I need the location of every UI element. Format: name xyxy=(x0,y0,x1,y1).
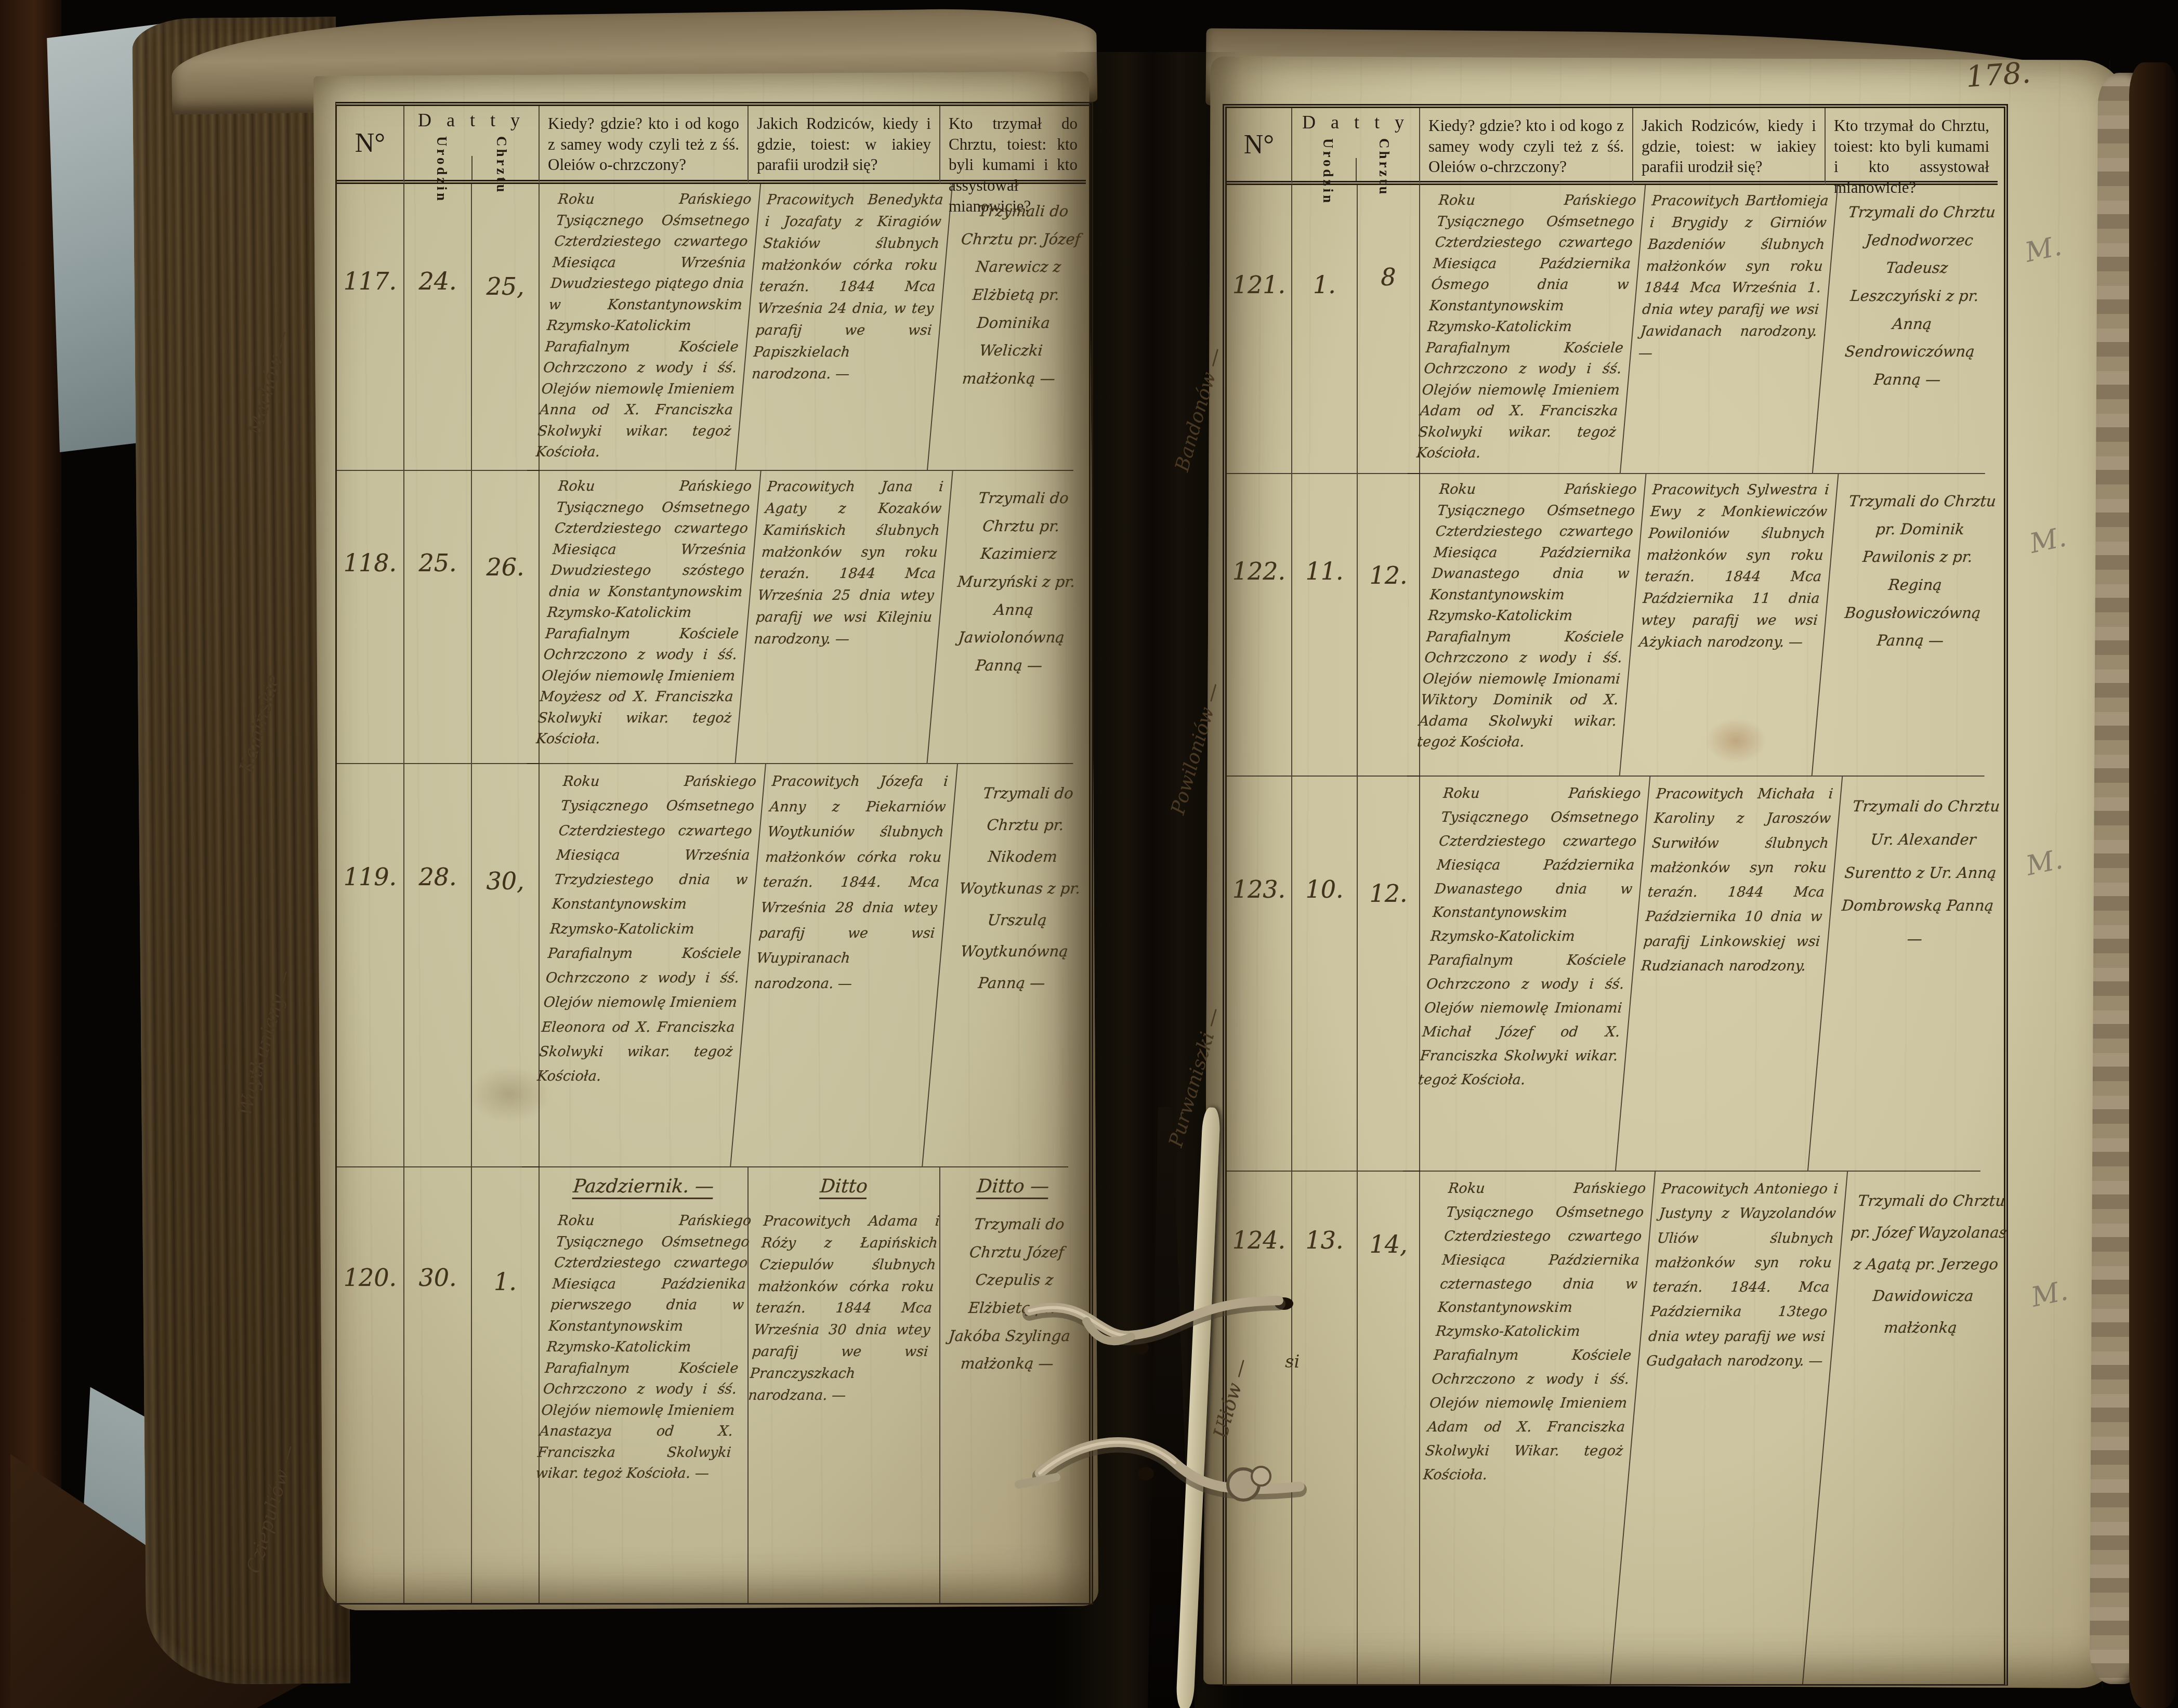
entry-parents-text: Pracowitych Sylwestra i Ewy z Monkiewicz… xyxy=(1620,474,1839,777)
binding-hole xyxy=(1137,1467,1154,1480)
entry-no: 118. xyxy=(337,471,404,764)
entry-baptism-cell: Pazdziernik. — Roku Pańskiego Tysiączneg… xyxy=(540,1167,749,1603)
book-scan: 178. N° D a t t y Urodzin Chrztu Kiedy? … xyxy=(0,0,2178,1708)
right-cover-board xyxy=(2129,62,2178,1708)
entry-baptism-text: Roku Pańskiego Tysiącznego Ośmsetnego Cz… xyxy=(527,471,761,764)
entry-parents-text: Pracowitych Jana i Agaty z Kozaków Kamiń… xyxy=(736,471,953,764)
entry-godparents-text: Trzymali do Chrztu pr. Kazimierz Murzyńs… xyxy=(927,471,1098,764)
page-number: 178. xyxy=(1965,56,2032,95)
entry-godparents-text: Trzymali do Chrztu pr. Józef Narewicz z … xyxy=(928,184,1098,471)
binding-hole xyxy=(1275,1297,1293,1310)
entry-godparents-text: Trzymali do Chrztu Ur. Alexander Surentt… xyxy=(1808,777,2015,1172)
header-parents: Jakich Rodziców, kiedy i gdzie, toiest: … xyxy=(1633,108,1826,185)
binding-hole xyxy=(1131,1341,1149,1355)
entry-no: 123. xyxy=(1227,777,1292,1172)
header-baptism: Kiedy? gdzie? kto i od kogo z samey wody… xyxy=(1420,108,1633,185)
entry-birth-day: 24. xyxy=(404,184,472,471)
header-date-divider xyxy=(471,156,473,180)
header-dates: D a t t y Urodzin Chrztu xyxy=(404,106,540,184)
entry-baptism-text: Roku Pańskiego Tysiącznego Ośmsetnego Cz… xyxy=(522,764,766,1167)
entry-baptism-day: 25, xyxy=(472,184,540,471)
entry-no: 121. xyxy=(1227,185,1292,474)
entry-birth-day: 10. xyxy=(1292,777,1358,1172)
entry-birth-day: 28. xyxy=(404,764,472,1167)
entry-baptism-text: Roku Pańskiego Tysiącznego Ośmsetnego Cz… xyxy=(535,1211,752,1484)
entry-baptism-text: Roku Pańskiego Tysiącznego Ośmsetnego Cz… xyxy=(1407,474,1647,777)
entry-baptism-text: Roku Pańskiego Tysiącznego Ośmsetnego Cz… xyxy=(1398,1172,1656,1684)
entry-godparents-text: Trzymali do Chrztu Józef Czepulis z Elżb… xyxy=(940,1211,1086,1378)
header-godparents: Kto trzymał do Chrztu, toiest: kto byli … xyxy=(940,106,1086,184)
header-datty-label: D a t t y xyxy=(1302,111,1409,133)
header-datty-label: D a t t y xyxy=(418,109,525,131)
entry-godparents-cell: Ditto — Trzymali do Chrztu Józef Czepuli… xyxy=(940,1167,1086,1603)
entry-godparents-text: Trzymali do Chrztu Jednodworzec Tadeusz … xyxy=(1813,185,2011,474)
entry-no: 124. xyxy=(1227,1172,1292,1684)
left-cover-board xyxy=(0,0,61,1708)
register-table-right: N° D a t t y Urodzin Chrztu Kiedy? gdzie… xyxy=(1223,104,2008,1686)
entry-no: 120. xyxy=(337,1167,404,1603)
header-no-label: N° xyxy=(355,128,385,159)
entry-godparents-text: Trzymali do Chrztu pr. Dominik Pawilonis… xyxy=(1813,474,2011,777)
entry-birth-day: 25. xyxy=(404,471,472,764)
entry-parents-text: Pracowitych Józefa i Anny z Piekarniów W… xyxy=(731,764,958,1167)
header-dates: D a t t y Urodzin Chrztu xyxy=(1292,108,1420,185)
entry-birth-day: 1. xyxy=(1292,185,1358,474)
entry-baptism-text: Roku Pańskiego Tysiącznego Ośmsetnego Cz… xyxy=(527,184,761,471)
entry-baptism-text: Roku Pańskiego Tysiącznego Ośmsetnego Cz… xyxy=(1403,777,1650,1172)
header-no: N° xyxy=(1227,108,1292,185)
entry-no: 117. xyxy=(337,184,404,471)
entry-parents-text: Pracowitych Michała i Karoliny z Jaroszó… xyxy=(1616,777,1843,1172)
month-heading: Pazdziernik. — xyxy=(546,1176,741,1197)
header-no-label: N° xyxy=(1244,129,1274,160)
entry-baptism-day: 1. xyxy=(472,1167,540,1603)
entry-no: 122. xyxy=(1227,474,1292,777)
header-date-divider xyxy=(1356,158,1357,181)
register-table-left: N° D a t t y Urodzin Chrztu Kiedy? gdzie… xyxy=(335,102,1093,1605)
header-godparents: Kto trzymał do Chrztu, toiest: kto byli … xyxy=(1826,108,1998,185)
entry-birth-day: 11. xyxy=(1292,474,1358,777)
header-no: N° xyxy=(337,106,404,184)
entry-baptism-day: 26. xyxy=(472,471,540,764)
entry-baptism-text: Roku Pańskiego Tysiącznego Ośmsetnego Cz… xyxy=(1408,185,1646,474)
entry-parents-cell: Ditto Pracowitych Adama i Róży z Łapińsk… xyxy=(749,1167,940,1603)
entry-parents-text: Pracowitych Adama i Róży z Łapińskich Cz… xyxy=(747,1211,941,1407)
entry-parents-text: Pracowitych Bartłomieja i Brygidy z Girn… xyxy=(1621,185,1839,474)
ditto-mark: Ditto — xyxy=(947,1176,1080,1197)
entry-no: 119. xyxy=(337,764,404,1167)
header-baptism: Kiedy? gdzie? kto i od kogo z samey wody… xyxy=(540,106,749,184)
entry-birth-day: 13. xyxy=(1292,1172,1358,1684)
ditto-mark: Ditto xyxy=(755,1176,933,1197)
header-parents: Jakich Rodziców, kiedy i gdzie, toiest: … xyxy=(749,106,940,184)
entry-sub-note: si xyxy=(1285,1351,1300,1372)
entry-birth-day: 30. xyxy=(404,1167,472,1603)
entry-parents-text: Pracowitych Benedykta i Jozafaty z Kirag… xyxy=(736,184,953,471)
